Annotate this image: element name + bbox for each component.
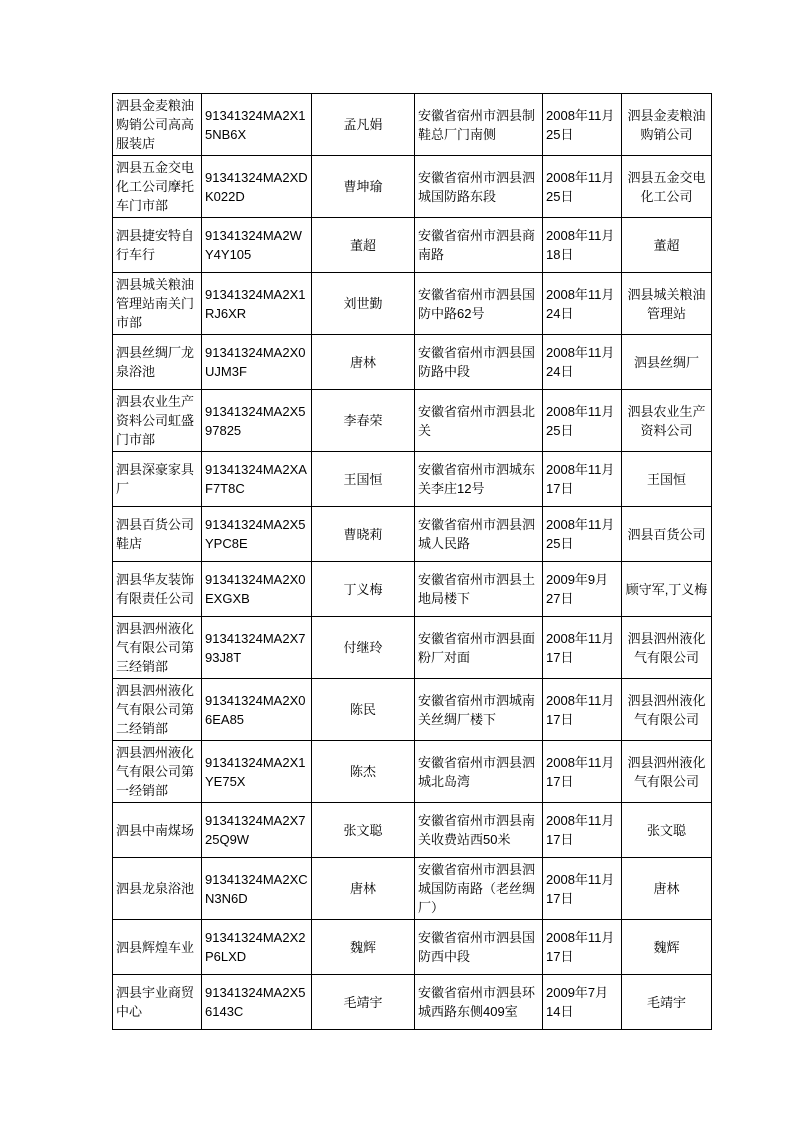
cell-address: 安徽省宿州市泗县泗城人民路 bbox=[415, 507, 543, 562]
cell-date: 2008年11月25日 bbox=[543, 390, 622, 452]
cell-credit-code: 91341324MA2X15NB6X bbox=[202, 94, 312, 156]
cell-credit-code: 91341324MA2X06EA85 bbox=[202, 679, 312, 741]
cell-entity-name: 泗县丝绸厂龙泉浴池 bbox=[113, 335, 202, 390]
table-row: 泗县宇业商贸中心 91341324MA2X56143C 毛靖宇 安徽省宿州市泗县… bbox=[113, 975, 712, 1030]
cell-address: 安徽省宿州市泗县国防西中段 bbox=[415, 920, 543, 975]
cell-date: 2008年11月25日 bbox=[543, 156, 622, 218]
cell-entity-name: 泗县金麦粮油购销公司高高服装店 bbox=[113, 94, 202, 156]
table-row: 泗县泗州液化气有限公司第二经销部 91341324MA2X06EA85 陈民 安… bbox=[113, 679, 712, 741]
table-row: 泗县泗州液化气有限公司第三经销部 91341324MA2X793J8T 付继玲 … bbox=[113, 617, 712, 679]
cell-credit-code: 91341324MA2XCN3N6D bbox=[202, 858, 312, 920]
cell-related-party: 泗县五金交电化工公司 bbox=[622, 156, 712, 218]
cell-credit-code: 91341324MA2X56143C bbox=[202, 975, 312, 1030]
cell-legal-person: 李春荣 bbox=[312, 390, 415, 452]
cell-legal-person: 董超 bbox=[312, 218, 415, 273]
cell-date: 2009年7月14日 bbox=[543, 975, 622, 1030]
cell-date: 2008年11月17日 bbox=[543, 741, 622, 803]
cell-credit-code: 91341324MA2X1YE75X bbox=[202, 741, 312, 803]
cell-date: 2008年11月17日 bbox=[543, 452, 622, 507]
cell-date: 2008年11月17日 bbox=[543, 858, 622, 920]
cell-legal-person: 丁义梅 bbox=[312, 562, 415, 617]
cell-legal-person: 孟凡娟 bbox=[312, 94, 415, 156]
document-page: 泗县金麦粮油购销公司高高服装店 91341324MA2X15NB6X 孟凡娟 安… bbox=[0, 0, 793, 1122]
cell-related-party: 张文聪 bbox=[622, 803, 712, 858]
cell-address: 安徽省宿州市泗县国防路中段 bbox=[415, 335, 543, 390]
cell-entity-name: 泗县城关粮油管理站南关门市部 bbox=[113, 273, 202, 335]
cell-entity-name: 泗县中南煤场 bbox=[113, 803, 202, 858]
table-row: 泗县中南煤场 91341324MA2X725Q9W 张文聪 安徽省宿州市泗县南关… bbox=[113, 803, 712, 858]
cell-address: 安徽省宿州市泗城东关李庄12号 bbox=[415, 452, 543, 507]
cell-address: 安徽省宿州市泗县北关 bbox=[415, 390, 543, 452]
cell-related-party: 泗县金麦粮油购销公司 bbox=[622, 94, 712, 156]
cell-entity-name: 泗县五金交电化工公司摩托车门市部 bbox=[113, 156, 202, 218]
cell-date: 2008年11月17日 bbox=[543, 920, 622, 975]
cell-entity-name: 泗县龙泉浴池 bbox=[113, 858, 202, 920]
cell-legal-person: 王国恒 bbox=[312, 452, 415, 507]
business-registry-table: 泗县金麦粮油购销公司高高服装店 91341324MA2X15NB6X 孟凡娟 安… bbox=[112, 93, 712, 1030]
cell-related-party: 董超 bbox=[622, 218, 712, 273]
cell-credit-code: 91341324MA2X725Q9W bbox=[202, 803, 312, 858]
table-row: 泗县捷安特自行车行 91341324MA2WY4Y105 董超 安徽省宿州市泗县… bbox=[113, 218, 712, 273]
cell-entity-name: 泗县深豪家具厂 bbox=[113, 452, 202, 507]
cell-related-party: 顾守军,丁义梅 bbox=[622, 562, 712, 617]
cell-legal-person: 付继玲 bbox=[312, 617, 415, 679]
cell-related-party: 魏辉 bbox=[622, 920, 712, 975]
cell-credit-code: 91341324MA2X0EXGXB bbox=[202, 562, 312, 617]
cell-credit-code: 91341324MA2XAF7T8C bbox=[202, 452, 312, 507]
cell-credit-code: 91341324MA2X793J8T bbox=[202, 617, 312, 679]
cell-legal-person: 唐林 bbox=[312, 858, 415, 920]
cell-credit-code: 91341324MA2X597825 bbox=[202, 390, 312, 452]
cell-date: 2008年11月17日 bbox=[543, 679, 622, 741]
cell-address: 安徽省宿州市泗县土地局楼下 bbox=[415, 562, 543, 617]
cell-entity-name: 泗县辉煌车业 bbox=[113, 920, 202, 975]
cell-entity-name: 泗县农业生产资料公司虹盛门市部 bbox=[113, 390, 202, 452]
cell-address: 安徽省宿州市泗县商南路 bbox=[415, 218, 543, 273]
cell-address: 安徽省宿州市泗县环城西路东侧409室 bbox=[415, 975, 543, 1030]
cell-entity-name: 泗县泗州液化气有限公司第一经销部 bbox=[113, 741, 202, 803]
cell-legal-person: 陈杰 bbox=[312, 741, 415, 803]
cell-entity-name: 泗县百货公司鞋店 bbox=[113, 507, 202, 562]
table-row: 泗县辉煌车业 91341324MA2X2P6LXD 魏辉 安徽省宿州市泗县国防西… bbox=[113, 920, 712, 975]
cell-credit-code: 91341324MA2X5YPC8E bbox=[202, 507, 312, 562]
table-row: 泗县深豪家具厂 91341324MA2XAF7T8C 王国恒 安徽省宿州市泗城东… bbox=[113, 452, 712, 507]
table-row: 泗县龙泉浴池 91341324MA2XCN3N6D 唐林 安徽省宿州市泗县泗城国… bbox=[113, 858, 712, 920]
table-row: 泗县华友装饰有限责任公司 91341324MA2X0EXGXB 丁义梅 安徽省宿… bbox=[113, 562, 712, 617]
cell-entity-name: 泗县宇业商贸中心 bbox=[113, 975, 202, 1030]
cell-credit-code: 91341324MA2X2P6LXD bbox=[202, 920, 312, 975]
cell-address: 安徽省宿州市泗县泗城国防南路（老丝绸厂） bbox=[415, 858, 543, 920]
cell-legal-person: 陈民 bbox=[312, 679, 415, 741]
cell-entity-name: 泗县捷安特自行车行 bbox=[113, 218, 202, 273]
table-row: 泗县城关粮油管理站南关门市部 91341324MA2X1RJ6XR 刘世勤 安徽… bbox=[113, 273, 712, 335]
table-row: 泗县泗州液化气有限公司第一经销部 91341324MA2X1YE75X 陈杰 安… bbox=[113, 741, 712, 803]
cell-related-party: 泗县泗州液化气有限公司 bbox=[622, 741, 712, 803]
table-row: 泗县丝绸厂龙泉浴池 91341324MA2X0UJM3F 唐林 安徽省宿州市泗县… bbox=[113, 335, 712, 390]
cell-address: 安徽省宿州市泗县国防中路62号 bbox=[415, 273, 543, 335]
cell-credit-code: 91341324MA2X0UJM3F bbox=[202, 335, 312, 390]
cell-legal-person: 毛靖宇 bbox=[312, 975, 415, 1030]
cell-related-party: 唐林 bbox=[622, 858, 712, 920]
table-body: 泗县金麦粮油购销公司高高服装店 91341324MA2X15NB6X 孟凡娟 安… bbox=[113, 94, 712, 1030]
cell-related-party: 王国恒 bbox=[622, 452, 712, 507]
cell-legal-person: 张文聪 bbox=[312, 803, 415, 858]
table-row: 泗县五金交电化工公司摩托车门市部 91341324MA2XDK022D 曹坤瑜 … bbox=[113, 156, 712, 218]
cell-date: 2008年11月17日 bbox=[543, 803, 622, 858]
cell-legal-person: 曹坤瑜 bbox=[312, 156, 415, 218]
cell-legal-person: 曹晓莉 bbox=[312, 507, 415, 562]
cell-date: 2008年11月25日 bbox=[543, 507, 622, 562]
cell-legal-person: 唐林 bbox=[312, 335, 415, 390]
cell-entity-name: 泗县华友装饰有限责任公司 bbox=[113, 562, 202, 617]
table-row: 泗县金麦粮油购销公司高高服装店 91341324MA2X15NB6X 孟凡娟 安… bbox=[113, 94, 712, 156]
cell-related-party: 泗县泗州液化气有限公司 bbox=[622, 679, 712, 741]
cell-credit-code: 91341324MA2XDK022D bbox=[202, 156, 312, 218]
cell-address: 安徽省宿州市泗县面粉厂对面 bbox=[415, 617, 543, 679]
cell-related-party: 泗县丝绸厂 bbox=[622, 335, 712, 390]
cell-related-party: 泗县农业生产资料公司 bbox=[622, 390, 712, 452]
cell-related-party: 泗县百货公司 bbox=[622, 507, 712, 562]
cell-legal-person: 刘世勤 bbox=[312, 273, 415, 335]
cell-date: 2008年11月17日 bbox=[543, 617, 622, 679]
cell-credit-code: 91341324MA2WY4Y105 bbox=[202, 218, 312, 273]
cell-entity-name: 泗县泗州液化气有限公司第二经销部 bbox=[113, 679, 202, 741]
cell-related-party: 泗县城关粮油管理站 bbox=[622, 273, 712, 335]
table-row: 泗县农业生产资料公司虹盛门市部 91341324MA2X597825 李春荣 安… bbox=[113, 390, 712, 452]
cell-address: 安徽省宿州市泗县南关收费站西50米 bbox=[415, 803, 543, 858]
cell-related-party: 泗县泗州液化气有限公司 bbox=[622, 617, 712, 679]
table-row: 泗县百货公司鞋店 91341324MA2X5YPC8E 曹晓莉 安徽省宿州市泗县… bbox=[113, 507, 712, 562]
cell-address: 安徽省宿州市泗县泗城国防路东段 bbox=[415, 156, 543, 218]
cell-legal-person: 魏辉 bbox=[312, 920, 415, 975]
cell-date: 2008年11月25日 bbox=[543, 94, 622, 156]
cell-date: 2009年9月27日 bbox=[543, 562, 622, 617]
cell-address: 安徽省宿州市泗城南关丝绸厂楼下 bbox=[415, 679, 543, 741]
cell-date: 2008年11月24日 bbox=[543, 335, 622, 390]
cell-related-party: 毛靖宇 bbox=[622, 975, 712, 1030]
cell-address: 安徽省宿州市泗县制鞋总厂门南侧 bbox=[415, 94, 543, 156]
cell-address: 安徽省宿州市泗县泗城北岛湾 bbox=[415, 741, 543, 803]
cell-date: 2008年11月18日 bbox=[543, 218, 622, 273]
cell-date: 2008年11月24日 bbox=[543, 273, 622, 335]
cell-entity-name: 泗县泗州液化气有限公司第三经销部 bbox=[113, 617, 202, 679]
cell-credit-code: 91341324MA2X1RJ6XR bbox=[202, 273, 312, 335]
